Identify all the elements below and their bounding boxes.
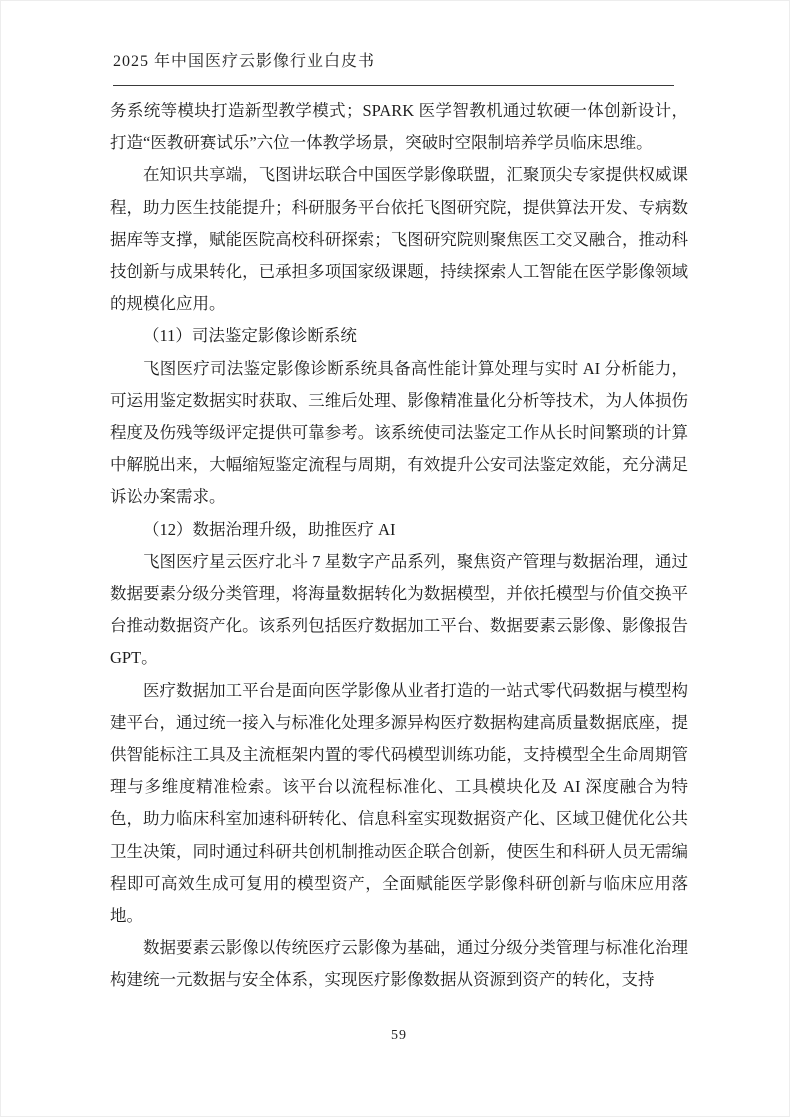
paragraph: 务系统等模块打造新型教学模式；SPARK 医学智教机通过软硬一体创新设计，打造“… (110, 95, 688, 159)
page-number: 59 (391, 1028, 407, 1043)
paragraph: 飞图医疗星云医疗北斗 7 星数字产品系列，聚焦资产管理与数据治理，通过数据要素分… (110, 546, 688, 675)
paragraph: 医疗数据加工平台是面向医学影像从业者打造的一站式零代码数据与模型构建平台，通过统… (110, 675, 688, 933)
document-body: 务系统等模块打造新型教学模式；SPARK 医学智教机通过软硬一体创新设计，打造“… (110, 95, 688, 997)
paragraph: （12）数据治理升级，助推医疗 AI (110, 514, 688, 546)
paragraph: 数据要素云影像以传统医疗云影像为基础，通过分级分类管理与标准化治理构建统一元数据… (110, 932, 688, 996)
paragraph: 在知识共享端，飞图讲坛联合中国医学影像联盟，汇聚顶尖专家提供权威课程，助力医生技… (110, 159, 688, 320)
page-footer: 59 (110, 1026, 688, 1044)
header-title: 2025 年中国医疗云影像行业白皮书 (113, 52, 675, 72)
document-page: 2025 年中国医疗云影像行业白皮书 务系统等模块打造新型教学模式；SPARK … (0, 0, 790, 1117)
header-rule (113, 85, 674, 86)
page-header: 2025 年中国医疗云影像行业白皮书 (113, 52, 675, 86)
paragraph: 飞图医疗司法鉴定影像诊断系统具备高性能计算处理与实时 AI 分析能力，可运用鉴定… (110, 353, 688, 514)
paragraph: （11）司法鉴定影像诊断系统 (110, 320, 688, 352)
